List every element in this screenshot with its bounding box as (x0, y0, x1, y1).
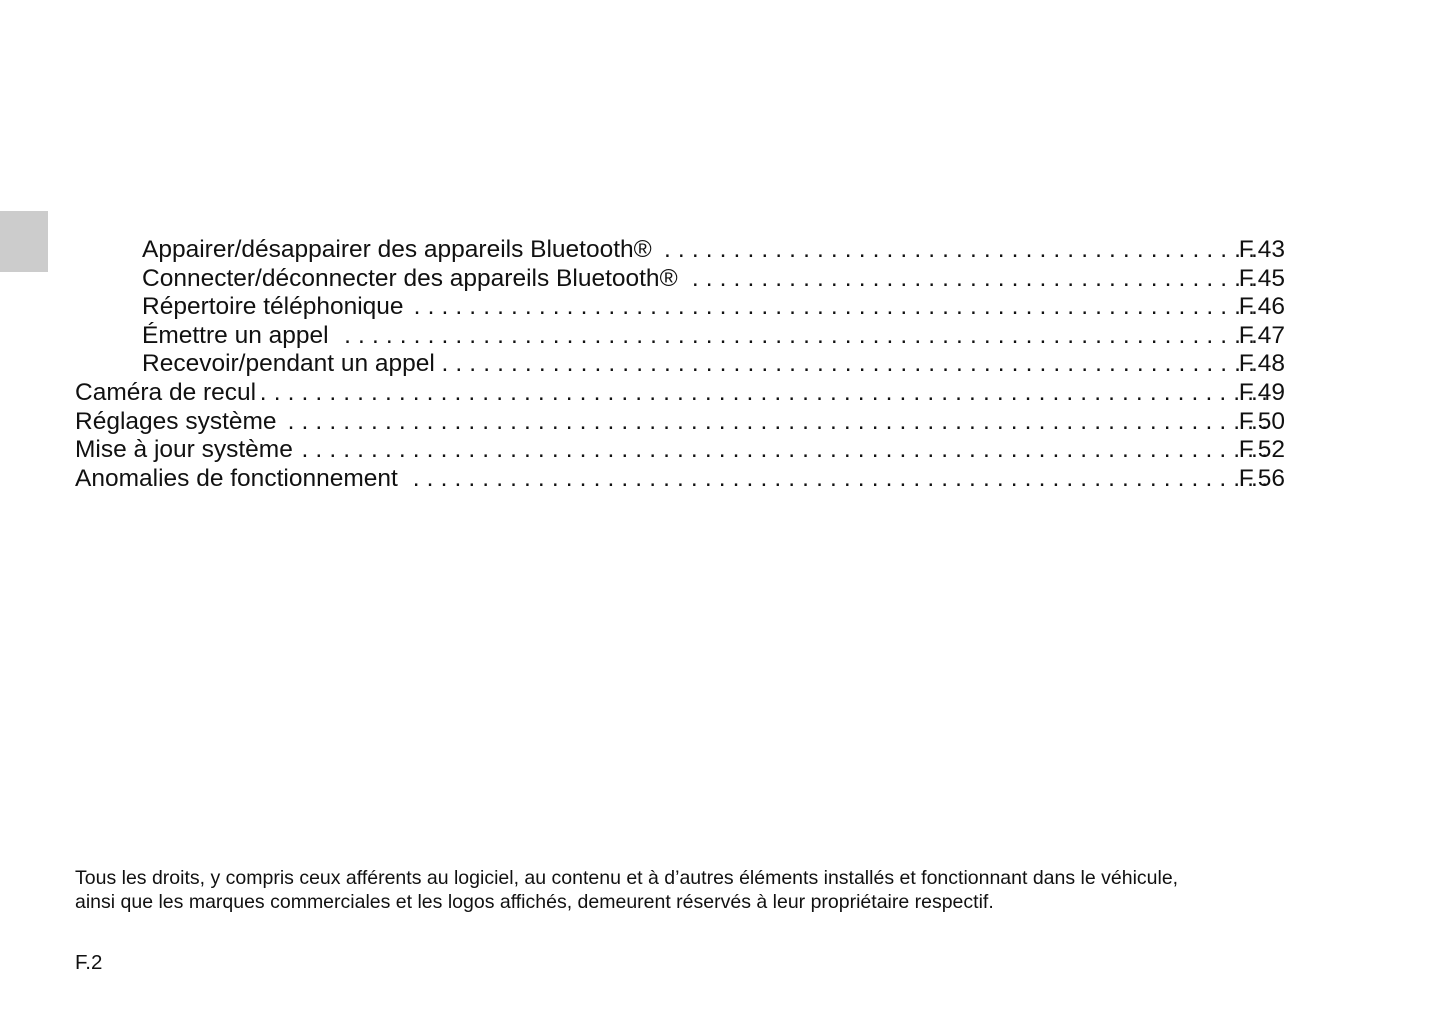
toc-entry[interactable]: Répertoire téléphonique ................… (75, 293, 1287, 322)
toc-entry-page: F.50 (1239, 408, 1285, 437)
toc-entry-page: F.47 (1239, 322, 1285, 351)
toc-entry-title: Recevoir/pendant un appel (142, 350, 441, 379)
copyright-line-2: ainsi que les marques commerciales et le… (75, 890, 1315, 914)
toc-entry-page: F.56 (1239, 465, 1285, 494)
toc-entry-title: Anomalies de fonctionnement (75, 465, 404, 494)
dot-leader: ........................................… (335, 322, 1262, 351)
dot-leader: ........................................… (684, 265, 1262, 294)
toc-entry-title: Émettre un appel (142, 322, 335, 351)
toc-entry[interactable]: Mise à jour système ....................… (75, 436, 1287, 465)
toc-entry[interactable]: Appairer/désappairer des appareils Bluet… (75, 236, 1287, 265)
toc-entry-page: F.46 (1239, 293, 1285, 322)
dot-leader: ........................................… (441, 350, 1262, 379)
dot-leader: ........................................… (658, 236, 1262, 265)
toc-entry-page: F.45 (1239, 265, 1285, 294)
toc-entry[interactable]: Caméra de recul ........................… (75, 379, 1287, 408)
toc-entry-page: F.43 (1239, 236, 1285, 265)
toc-entry-page: F.49 (1239, 379, 1285, 408)
toc-entry-title: Réglages système (75, 408, 283, 437)
page-number: F.2 (75, 951, 102, 975)
toc-entry[interactable]: Recevoir/pendant un appel ..............… (75, 350, 1287, 379)
toc-entry[interactable]: Anomalies de fonctionnement ............… (75, 465, 1287, 494)
copyright-notice: Tous les droits, y compris ceux afférent… (75, 866, 1315, 914)
section-tab-marker (0, 211, 48, 272)
toc-entry-title: Caméra de recul (75, 379, 262, 408)
toc-entry-page: F.52 (1239, 436, 1285, 465)
toc-entry-title: Répertoire téléphonique (142, 293, 410, 322)
copyright-line-1: Tous les droits, y compris ceux afférent… (75, 866, 1315, 890)
toc-entry-title: Mise à jour système (75, 436, 299, 465)
table-of-contents: Appairer/désappairer des appareils Bluet… (75, 236, 1287, 493)
dot-leader: ........................................… (299, 436, 1275, 465)
dot-leader: ........................................… (410, 293, 1262, 322)
dot-leader: ........................................… (262, 379, 1275, 408)
toc-entry[interactable]: Émettre un appel .......................… (75, 322, 1287, 351)
toc-entry-title: Appairer/désappairer des appareils Bluet… (142, 236, 658, 265)
toc-entry[interactable]: Connecter/déconnecter des appareils Blue… (75, 265, 1287, 294)
toc-entry[interactable]: Réglages système .......................… (75, 408, 1287, 437)
toc-entry-page: F.48 (1239, 350, 1285, 379)
dot-leader: ........................................… (283, 408, 1275, 437)
dot-leader: ........................................… (404, 465, 1275, 494)
toc-entry-title: Connecter/déconnecter des appareils Blue… (142, 265, 684, 294)
